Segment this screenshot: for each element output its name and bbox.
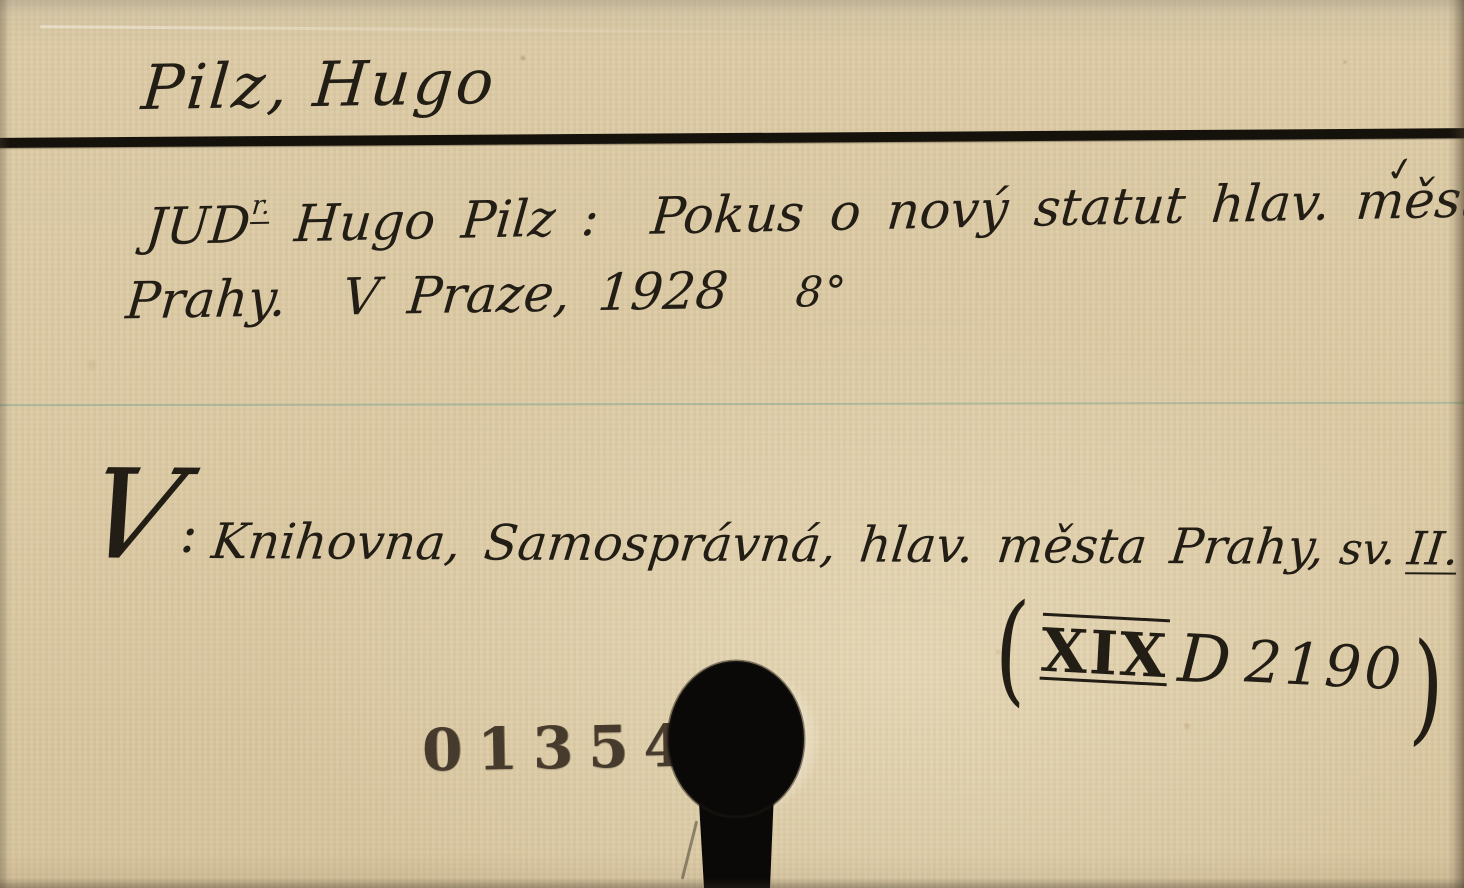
punch-hole-icon — [640, 635, 860, 888]
format-designation: 8° — [794, 267, 850, 317]
series-note: V : Knihovna, Samosprávná, hlav. města P… — [88, 466, 1460, 577]
heading-author-name: Pilz, Hugo — [139, 45, 500, 124]
entry-line-1: JUDr. Hugo Pilz : Pokus o nový statut hl… — [143, 164, 1464, 258]
series-text: Knihovna, Samosprávná, hlav. města Prahy… — [209, 513, 1328, 576]
entry-title: Pokus o nový statut hlav. města — [649, 170, 1464, 247]
series-colon: : — [179, 502, 198, 565]
entry-line-2: Prahy. V Praze, 19288° — [123, 260, 850, 332]
degree-abbreviation: JUD — [143, 196, 252, 257]
call-number-roman-class: XIX — [1039, 616, 1170, 693]
check-mark-icon: ✓ — [1383, 148, 1417, 192]
call-number-letter: D — [1176, 619, 1233, 699]
call-number-close-paren: ) — [1408, 640, 1446, 738]
entry-title-continuation: Prahy. — [123, 269, 288, 331]
ruled-guide-line — [0, 402, 1464, 407]
degree-superscript: r. — [250, 190, 271, 224]
card-left-edge — [0, 0, 10, 888]
volume-number: II. — [1405, 521, 1462, 575]
entry-author: Hugo Pilz — [292, 190, 558, 255]
catalog-card: Pilz, Hugo JUDr. Hugo Pilz : Pokus o nov… — [0, 0, 1464, 888]
volume-label: sv. — [1337, 524, 1399, 575]
call-number-digits: 2190 — [1243, 627, 1406, 703]
card-top-edge — [0, 0, 1464, 26]
series-prefix: V — [75, 466, 190, 566]
heading-rule — [0, 128, 1464, 148]
entry-imprint: V Praze, 1928 — [340, 262, 731, 328]
call-number-open-paren: ( — [993, 600, 1031, 698]
call-number: ( XIX D 2190 ) — [986, 600, 1454, 720]
paper-crease — [40, 25, 845, 34]
